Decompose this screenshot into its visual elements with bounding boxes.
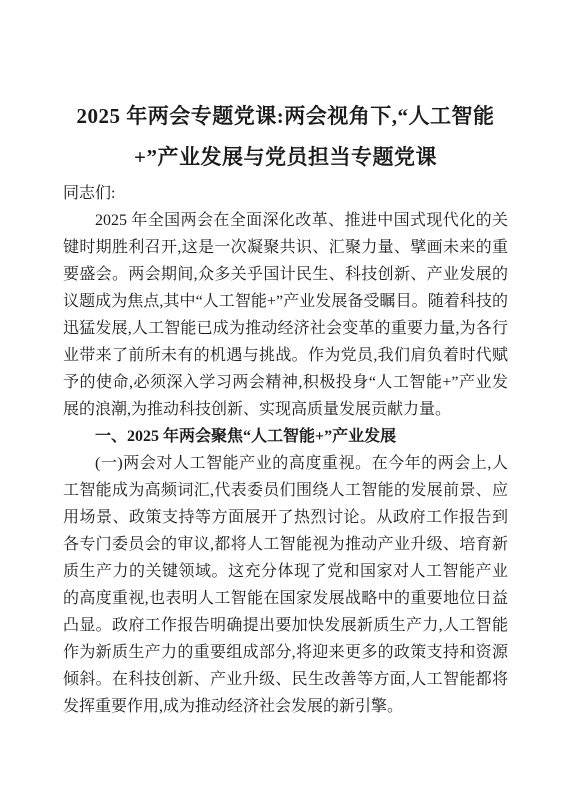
section-heading-1: 一、2025 年两会聚焦“人工智能+”产业发展	[63, 423, 508, 450]
salutation: 同志们:	[63, 180, 508, 207]
paragraph-section-1-1: (一)两会对人工智能产业的高度重视。在今年的两会上,人工智能成为高频词汇,代表委…	[63, 450, 508, 720]
document-title: 2025 年两会专题党课:两会视角下,“人工智能 +”产业发展与党员担当专题党课	[63, 96, 508, 178]
document-body: 同志们: 2025 年全国两会在全面深化改革、推进中国式现代化的关键时期胜利召开…	[63, 180, 508, 720]
document-page: 2025 年两会专题党课:两会视角下,“人工智能 +”产业发展与党员担当专题党课…	[0, 0, 570, 807]
document-title-line-2: +”产业发展与党员担当专题党课	[63, 137, 508, 178]
paragraph-intro: 2025 年全国两会在全面深化改革、推进中国式现代化的关键时期胜利召开,这是一次…	[63, 207, 508, 423]
document-title-line-1: 2025 年两会专题党课:两会视角下,“人工智能	[63, 96, 508, 137]
